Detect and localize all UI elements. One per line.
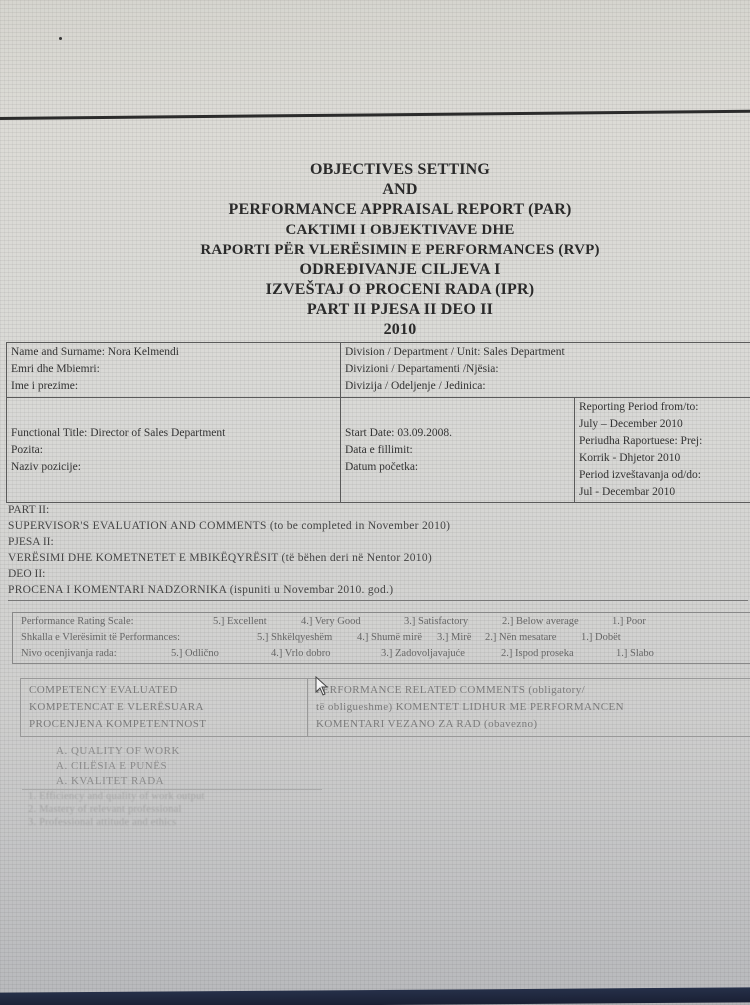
reporting-period-line: Periudha Raportuese: Prej: [579,433,750,450]
title-line: AND [170,180,630,200]
start-date-cell: Start Date: 03.09.2008. Data e fillimit:… [341,398,575,503]
rating-scale-row: Shkalla e Vlerësimit të Performances:5.]… [21,630,621,646]
mouse-cursor-icon [315,676,329,696]
competency-header: COMPETENCY EVALUATED KOMPETENCAT E VLERË… [21,679,308,737]
name-label-sr: Ime i prezime: [11,378,336,395]
start-date-en: Start Date: 03.09.2008. [345,425,570,442]
part-line: PJESA II: [8,534,748,550]
title-line: CAKTIMI I OBJEKTIVAVE DHE [170,220,630,240]
name-cell: Name and Surname: Nora Kelmendi Emri dhe… [7,343,341,398]
functional-title-cell: Functional Title: Director of Sales Depa… [7,398,341,503]
employee-info-table: Name and Surname: Nora Kelmendi Emri dhe… [6,342,750,503]
document-title: OBJECTIVES SETTING AND PERFORMANCE APPRA… [170,160,630,340]
start-date-sq: Data e fillimit: [345,442,570,459]
functional-title-en: Functional Title: Director of Sales Depa… [11,425,336,442]
start-date-sr: Datum početka: [345,459,570,476]
reporting-period-cell: Reporting Period from/to: July – Decembe… [575,398,750,503]
functional-title-sr: Naziv pozicije: [11,459,336,476]
quality-of-work-heading: A. QUALITY OF WORK A. CILËSIA E PUNËS A.… [56,744,180,789]
reporting-period-line: July – December 2010 [579,416,750,433]
functional-title-sq: Pozita: [11,442,336,459]
part-line: DEO II: [8,566,748,582]
dust-speck [59,37,62,40]
title-line: ODREĐIVANJE CILJEVA I [170,260,630,280]
division-cell: Division / Department / Unit: Sales Depa… [341,343,750,398]
part-line: SUPERVISOR'S EVALUATION AND COMMENTS (to… [8,518,748,534]
division-label-en: Division / Department / Unit: Sales Depa… [345,344,750,361]
division-label-sr: Divizija / Odeljenje / Jedinica: [345,378,750,395]
division-label-sq: Divizioni / Departamenti /Njësia: [345,361,750,378]
title-line: IZVEŠTAJ O PROCENI RADA (IPR) [170,280,630,300]
title-line: OBJECTIVES SETTING [170,160,630,180]
title-line: PERFORMANCE APPRAISAL REPORT (PAR) [170,200,630,220]
reporting-period-line: Reporting Period from/to: [579,399,750,416]
part-ii-heading: PART II: SUPERVISOR'S EVALUATION AND COM… [8,502,748,601]
title-line: 2010 [170,320,630,340]
rating-scale-row: Performance Rating Scale:5.] Excellent4.… [21,614,646,630]
part-line: PART II: [8,502,748,518]
competency-table: COMPETENCY EVALUATED KOMPETENCAT E VLERË… [20,678,750,737]
reporting-period-line: Korrik - Dhjetor 2010 [579,450,750,467]
title-line: RAPORTI PËR VLERËSIMIN E PERFORMANCES (R… [170,240,630,260]
part-line: PROCENA I KOMENTARI NADZORNIKA (ispuniti… [8,582,748,601]
part-line: VERËSIMI DHE KOMETNETET E MBIKËQYRËSIT (… [8,550,748,566]
name-label-en: Name and Surname: Nora Kelmendi [11,344,336,361]
title-line: PART II PJESA II DEO II [170,300,630,320]
rating-scale-row: Nivo ocenjivanja rada:5.] Odlično4.] Vrl… [21,646,654,662]
comments-header: PERFORMANCE RELATED COMMENTS (obligatory… [308,679,750,737]
page-top-border [0,110,750,120]
monitor-bezel [0,987,750,1005]
reporting-period-line: Period izveštavanja od/do: [579,467,750,484]
quality-subitems: 1. Efficiency and quality of work output… [28,790,205,829]
reporting-period-line: Jul - Decembar 2010 [579,484,750,501]
name-label-sq: Emri dhe Mbiemri: [11,361,336,378]
rating-scale-box: Performance Rating Scale:5.] Excellent4.… [12,612,750,664]
